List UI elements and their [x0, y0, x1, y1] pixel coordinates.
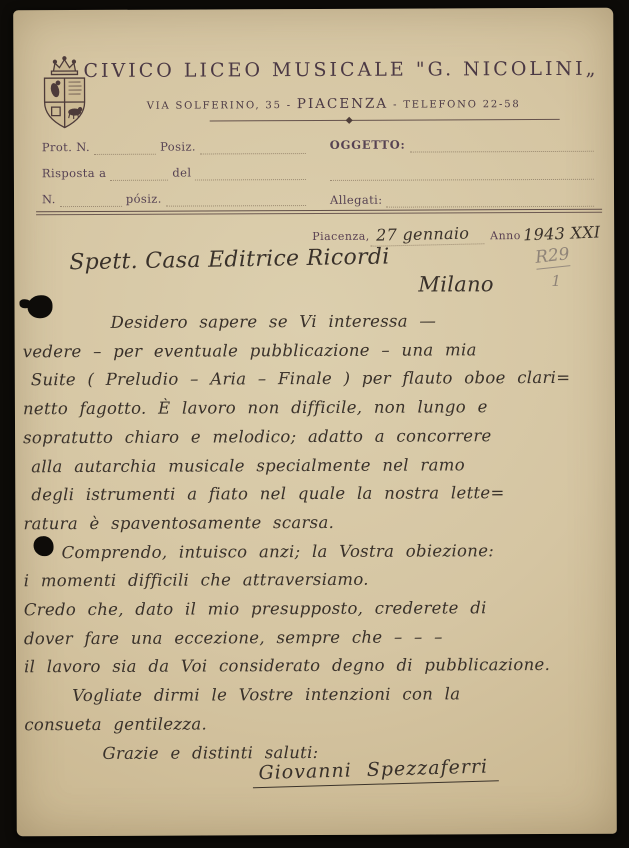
body-line: vedere – per eventuale pubblicazione – u…	[23, 335, 611, 366]
form-row-oggetto-cont	[330, 166, 598, 180]
institution-address: VIA SOLFERINO, 35 - PIACENZA - TELEFONO …	[84, 95, 584, 113]
prot-label: Prot. N.	[42, 140, 90, 154]
body-line: Vogliate dirmi le Vostre intenzioni con …	[24, 680, 612, 711]
posiz2-label: pósiz.	[126, 192, 162, 206]
oggetto-label: OGGETTO:	[330, 138, 406, 152]
oggetto-field-line2	[330, 166, 594, 181]
allegati-field	[386, 193, 594, 208]
letter-body: Desidero sapere se Vi interessa — vedere…	[23, 307, 613, 769]
pencil-annotation-bottom: 1	[551, 272, 570, 290]
body-line: i momenti difficili che attraversiamo.	[24, 565, 612, 596]
body-line: Suite ( Preludio – Aria – Finale ) per f…	[23, 364, 611, 395]
form-row-prot: Prot. N. Posiz.	[42, 139, 310, 154]
allegati-label: Allegati:	[330, 193, 383, 207]
year-handwritten: 1943 XXI	[523, 222, 601, 244]
n-field	[60, 193, 122, 207]
form-row-allegati: Allegati:	[330, 192, 598, 207]
body-line: netto fagotto. È lavoro non difficile, n…	[23, 393, 611, 424]
separator-double-rule	[36, 209, 602, 215]
body-line: alla autarchia musicale specialmente nel…	[23, 450, 611, 481]
form-row-risposta: Risposta a del	[42, 165, 310, 180]
scanned-letter-page: { "letterhead": { "title": "CIVICO LICEO…	[0, 0, 629, 848]
body-line: Comprendo, intuisco anzi; la Vostra obie…	[24, 536, 612, 567]
body-line: il lavoro sia da Voi considerato degno d…	[24, 651, 612, 682]
risposta-label: Risposta a	[42, 166, 106, 180]
city-printed: Piacenza,	[312, 230, 370, 243]
institution-title: CIVICO LICEO MUSICALE "G. NICOLINI„	[83, 58, 585, 82]
dateline: Piacenza, 27 gennaio Anno 1943 XXI	[312, 224, 600, 246]
body-line: degli istrumenti a fiato nel quale la no…	[23, 479, 611, 510]
body-line: sopratutto chiaro e melodico; adatto a c…	[23, 422, 611, 453]
address-city: PIACENZA	[297, 96, 388, 112]
body-line: Desidero sapere se Vi interessa —	[23, 307, 611, 338]
risposta-field	[110, 167, 168, 181]
address-phone: - TELEFONO 22-58	[393, 99, 520, 111]
letterhead-divider	[210, 119, 560, 122]
recipient-city: Milano	[418, 272, 494, 296]
letter-paper: CIVICO LICEO MUSICALE "G. NICOLINI„ VIA …	[13, 8, 617, 837]
body-line: ratura è spaventosamente scarsa.	[23, 508, 611, 539]
prot-field	[94, 141, 156, 155]
posiz2-field	[166, 192, 306, 207]
form-row-n: N. pósiz.	[42, 191, 310, 206]
posiz-label: Posiz.	[160, 140, 196, 154]
hole-punch	[27, 295, 52, 318]
divider-diamond-icon	[345, 116, 352, 123]
anno-printed: Anno	[490, 229, 521, 242]
hole-punch	[33, 536, 53, 556]
date-handwritten: 27 gennaio	[370, 223, 485, 246]
pencil-annotation: R29 1	[535, 246, 570, 290]
oggetto-field	[410, 138, 594, 153]
del-field	[195, 166, 306, 180]
del-label: del	[172, 166, 191, 180]
body-line: Credo che, dato il mio presupposto, cred…	[24, 594, 612, 625]
posiz-field	[200, 140, 306, 154]
form-row-oggetto: OGGETTO:	[330, 137, 598, 152]
n-label: N.	[42, 192, 56, 206]
body-line: dover fare una eccezione, sempre che – –…	[24, 622, 612, 653]
recipient-name: Spett. Casa Editrice Ricordi	[69, 244, 390, 275]
address-street: VIA SOLFERINO, 35 -	[147, 100, 292, 112]
body-line: consueta gentilezza.	[24, 709, 612, 740]
pencil-annotation-top: R29	[534, 244, 571, 270]
